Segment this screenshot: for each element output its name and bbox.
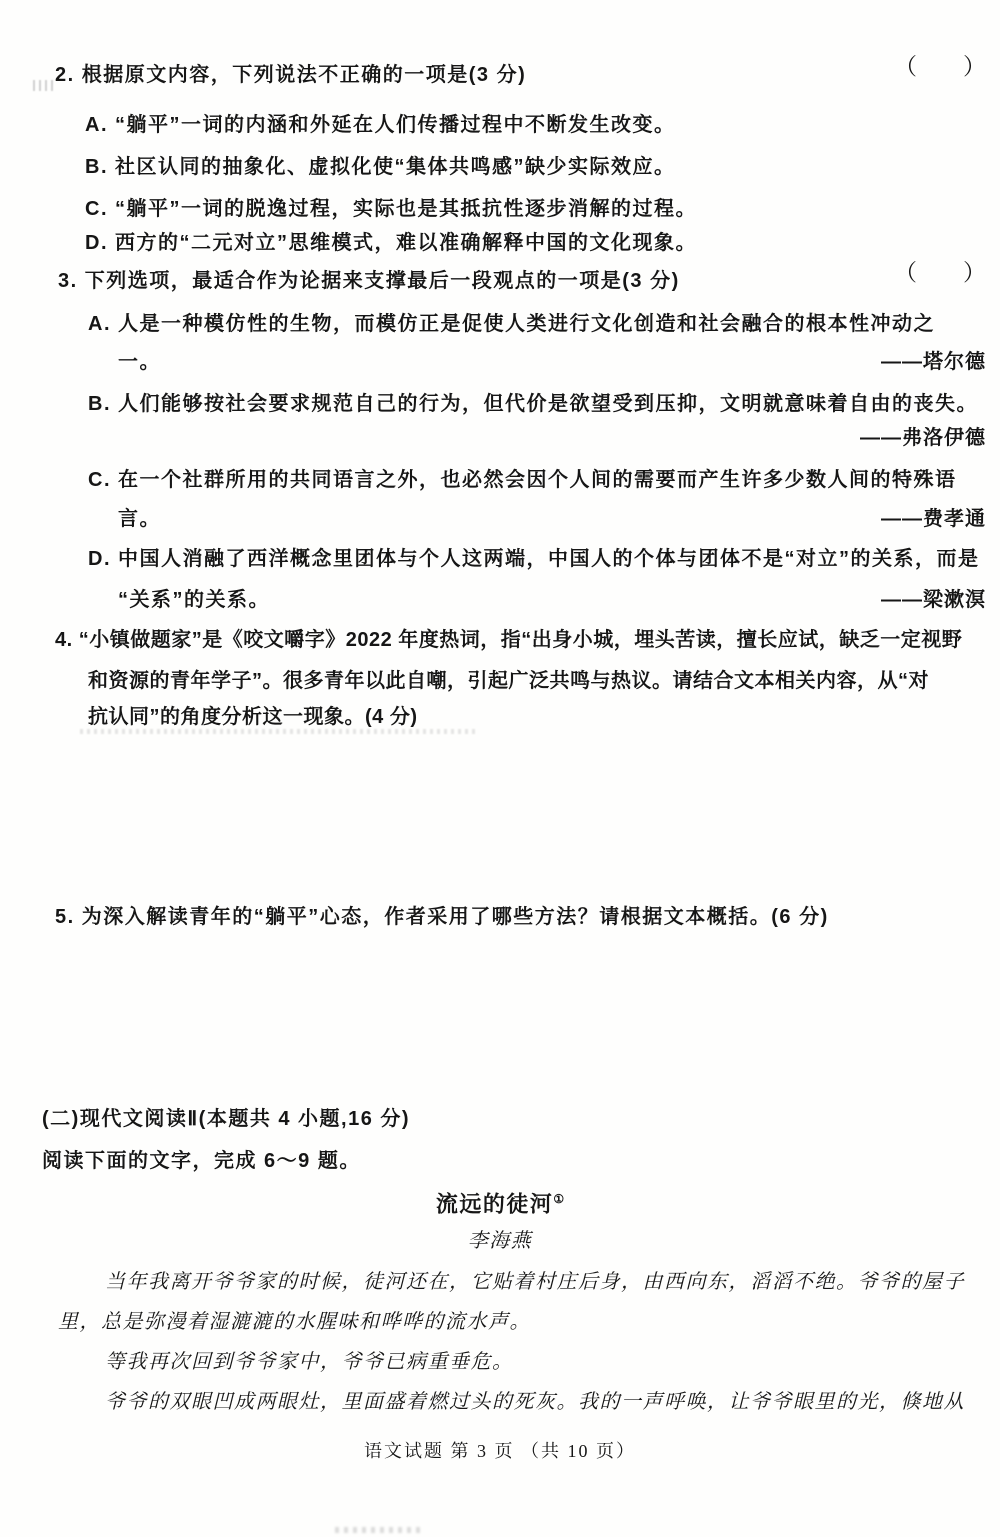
passage-paragraph-3: 爷爷的双眼凹成两眼灶，里面盛着燃过头的死灰。我的一声呼唤，让爷爷眼里的光，倏地从 — [105, 1387, 965, 1417]
question-3-option-d-line2: “关系”的关系。 — [118, 585, 270, 615]
question-2-stem-row: 2. 根据原文内容，下列说法不正确的一项是(3 分) （ ） — [55, 60, 986, 90]
question-2-option-a: A. “躺平”一词的内涵和外延在人们传播过程中不断发生改变。 — [85, 110, 676, 140]
question-3-option-d-line1: D. 中国人消融了西洋概念里团体与个人这两端，中国人的个体与团体不是“对立”的关… — [88, 544, 980, 574]
question-3-option-b-line1: B. 人们能够按社会要求规范自己的行为，但代价是欲望受到压抑，文明就意味着自由的… — [88, 389, 978, 419]
question-3-option-d-line2-row: “关系”的关系。 ——梁漱溟 — [118, 585, 986, 615]
scan-artifact — [33, 80, 53, 91]
question-4-line2: 和资源的青年学子”。很多青年以此自嘲，引起广泛共鸣与热议。请结合文本相关内容，从… — [88, 666, 929, 696]
question-3-option-a-line2-row: 一。 ——塔尔德 — [118, 347, 986, 377]
question-4-line3: 抗认同”的角度分析这一现象。(4 分) — [88, 702, 418, 732]
section-2-instruction: 阅读下面的文字，完成 6～9 题。 — [42, 1146, 361, 1176]
question-3-option-b-source: ——弗洛伊德 — [860, 423, 986, 453]
question-3-option-c-line2-row: 言。 ——费孝通 — [118, 504, 986, 534]
question-3-option-c-line1: C. 在一个社群所用的共同语言之外，也必然会因个人间的需要而产生许多少数人间的特… — [88, 465, 957, 495]
question-3-option-c-line2: 言。 — [118, 504, 161, 534]
question-5-line1: 5. 为深入解读青年的“躺平”心态，作者采用了哪些方法？请根据文本概括。(6 分… — [55, 902, 829, 932]
question-3-stem-row: 3. 下列选项，最适合作为论据来支撑最后一段观点的一项是(3 分) （ ） — [58, 266, 986, 296]
passage-title: 流远的徒河 — [436, 1191, 554, 1216]
question-3-option-a-source: ——塔尔德 — [881, 347, 986, 377]
passage-author: 李海燕 — [0, 1226, 1000, 1256]
question-2-stem: 2. 根据原文内容，下列说法不正确的一项是(3 分) — [55, 60, 526, 90]
passage-title-footnote-marker: ① — [553, 1192, 564, 1206]
question-3-stem: 3. 下列选项，最适合作为论据来支撑最后一段观点的一项是(3 分) — [58, 266, 680, 296]
answer-bracket-q3: （ ） — [894, 258, 986, 288]
passage-paragraph-1-line1: 当年我离开爷爷家的时候，徒河还在，它贴着村庄后身，由西向东，滔滔不绝。爷爷的屋子 — [105, 1267, 965, 1297]
section-2-heading: (二)现代文阅读Ⅱ(本题共 4 小题,16 分) — [42, 1104, 410, 1134]
scan-artifact — [335, 1527, 425, 1533]
exam-paper-page: 2. 根据原文内容，下列说法不正确的一项是(3 分) （ ） A. “躺平”一词… — [0, 0, 1000, 1537]
passage-paragraph-1-line2: 里，总是弥漫着湿漉漉的水腥味和哗哗的流水声。 — [58, 1307, 531, 1337]
passage-paragraph-2: 等我再次回到爷爷家中，爷爷已病重垂危。 — [105, 1347, 514, 1377]
question-4-line1: 4. “小镇做题家”是《咬文嚼字》2022 年度热词，指“出身小城，埋头苦读，擅… — [55, 625, 962, 655]
question-3-option-c-source: ——费孝通 — [881, 504, 986, 534]
question-3-option-a-line1: A. 人是一种模仿性的生物，而模仿正是促使人类进行文化创造和社会融合的根本性冲动… — [88, 309, 935, 339]
question-3-option-a-line2: 一。 — [118, 347, 161, 377]
question-3-option-d-source: ——梁漱溟 — [881, 585, 986, 615]
passage-title-row: 流远的徒河① — [0, 1184, 1000, 1219]
question-2-option-b: B. 社区认同的抽象化、虚拟化使“集体共鸣感”缺少实际效应。 — [85, 152, 676, 182]
question-3-option-b-source-row: ——弗洛伊德 — [118, 423, 986, 453]
question-2-option-c: C. “躺平”一词的脱逸过程，实际也是其抵抗性逐步消解的过程。 — [85, 194, 697, 224]
answer-bracket-q2: （ ） — [894, 52, 986, 82]
question-2-option-d: D. 西方的“二元对立”思维模式，难以准确解释中国的文化现象。 — [85, 228, 697, 258]
page-footer: 语文试题 第 3 页 （共 10 页） — [0, 1436, 1000, 1466]
